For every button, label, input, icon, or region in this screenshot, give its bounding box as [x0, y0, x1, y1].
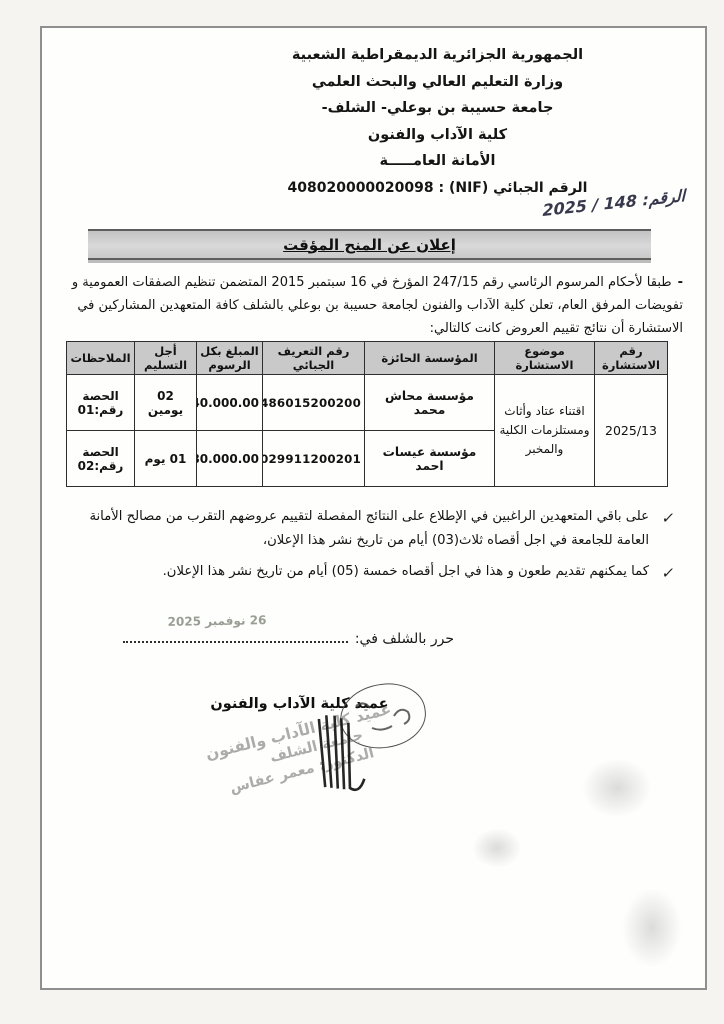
tax-id-cell: 16302010029911200201 [263, 431, 365, 487]
establishment-cell: مؤسسة محاش محمد [365, 375, 495, 431]
date-stamp: 26 نوفمبر 2025 [142, 613, 292, 630]
col-deadline: أجل التسليم [135, 342, 197, 375]
notes-list: ✓ على باقي المتعهدين الراغبين في الإطلاع… [82, 505, 675, 591]
issued-at-line: حرر بالشلف في: [104, 628, 454, 647]
scan-speckle [582, 758, 652, 818]
secretariat-line: الأمانة العامـــــة [106, 148, 724, 175]
tax-id-cell: 17502010486015200200 [263, 375, 365, 431]
scan-background: { "document": { "handwritten_ref": "الرق… [0, 0, 724, 1024]
scan-speckle [472, 828, 522, 868]
university-line: جامعة حسيبة بن بوعلي- الشلف- [106, 95, 724, 122]
col-tax-id: رقم التعريف الجبائي [263, 342, 365, 375]
stamp-line: الدكتور: معمر عفاس [140, 723, 464, 818]
list-item: ✓ على باقي المتعهدين الراغبين في الإطلاع… [82, 505, 675, 553]
notes-cell: الحصة رقم:01 [67, 375, 135, 431]
subject-cell: اقتناء عتاد وأثاث ومستلزمات الكلية والمخ… [495, 375, 595, 487]
round-stamp [336, 678, 430, 753]
checkmark-icon: ✓ [660, 506, 677, 530]
ministry-line: وزارة التعليم العالي والبحث العلمي [106, 69, 724, 96]
republic-line: الجمهورية الجزائرية الديمقراطية الشعبية [106, 42, 724, 69]
announcement-title: إعلان عن المنح المؤقت [283, 236, 456, 254]
note-text: على باقي المتعهدين الراغبين في الإطلاع ع… [89, 509, 649, 548]
issued-label: حرر بالشلف في: [355, 631, 454, 647]
notes-cell: الحصة رقم:02 [67, 431, 135, 487]
consultation-number-cell: 2025/13 [595, 375, 668, 487]
amount-cell: 680.000.00دج [197, 431, 263, 487]
col-consultation-number: رقم الاستشارة [595, 342, 668, 375]
intro-dash: - [672, 275, 683, 290]
deadline-cell: 01 يوم [135, 431, 197, 487]
establishment-cell: مؤسسة عيسات احمد [365, 431, 495, 487]
document-page: الجمهورية الجزائرية الديمقراطية الشعبية … [40, 26, 707, 990]
intro-text: طبقا لأحكام المرسوم الرئاسي رقم 247/15 ا… [72, 275, 683, 336]
col-amount: المبلغ بكل الرسوم [197, 342, 263, 375]
list-item: ✓ كما يمكنهم تقديم طعون و هذا في اجل أقص… [82, 560, 675, 584]
intro-paragraph: -طبقا لأحكام المرسوم الرئاسي رقم 247/15 … [70, 271, 683, 340]
announcement-title-bar: إعلان عن المنح المؤقت [88, 229, 651, 260]
col-subject: موضوع الاستشارة [495, 342, 595, 375]
faculty-line: كلية الآداب والفنون [106, 122, 724, 149]
note-text: كما يمكنهم تقديم طعون و هذا في اجل أقصاه… [163, 564, 649, 579]
col-notes: الملاحظات [67, 342, 135, 375]
col-establishment: المؤسسة الحائزة [365, 342, 495, 375]
amount-cell: 940.000.00دج [197, 375, 263, 431]
letterhead: الجمهورية الجزائرية الديمقراطية الشعبية … [106, 42, 724, 201]
stamp-line: جامعة الشلف [155, 699, 479, 794]
scan-speckle [622, 888, 682, 968]
dotted-fill-line [123, 632, 348, 643]
table-row: 2025/13 اقتناء عتاد وأثاث ومستلزمات الكل… [67, 375, 668, 431]
deadline-cell: 02 يومين [135, 375, 197, 431]
checkmark-icon: ✓ [660, 561, 677, 585]
table-header-row: رقم الاستشارة موضوع الاستشارة المؤسسة ال… [67, 342, 668, 375]
results-table: رقم الاستشارة موضوع الاستشارة المؤسسة ال… [66, 341, 668, 487]
